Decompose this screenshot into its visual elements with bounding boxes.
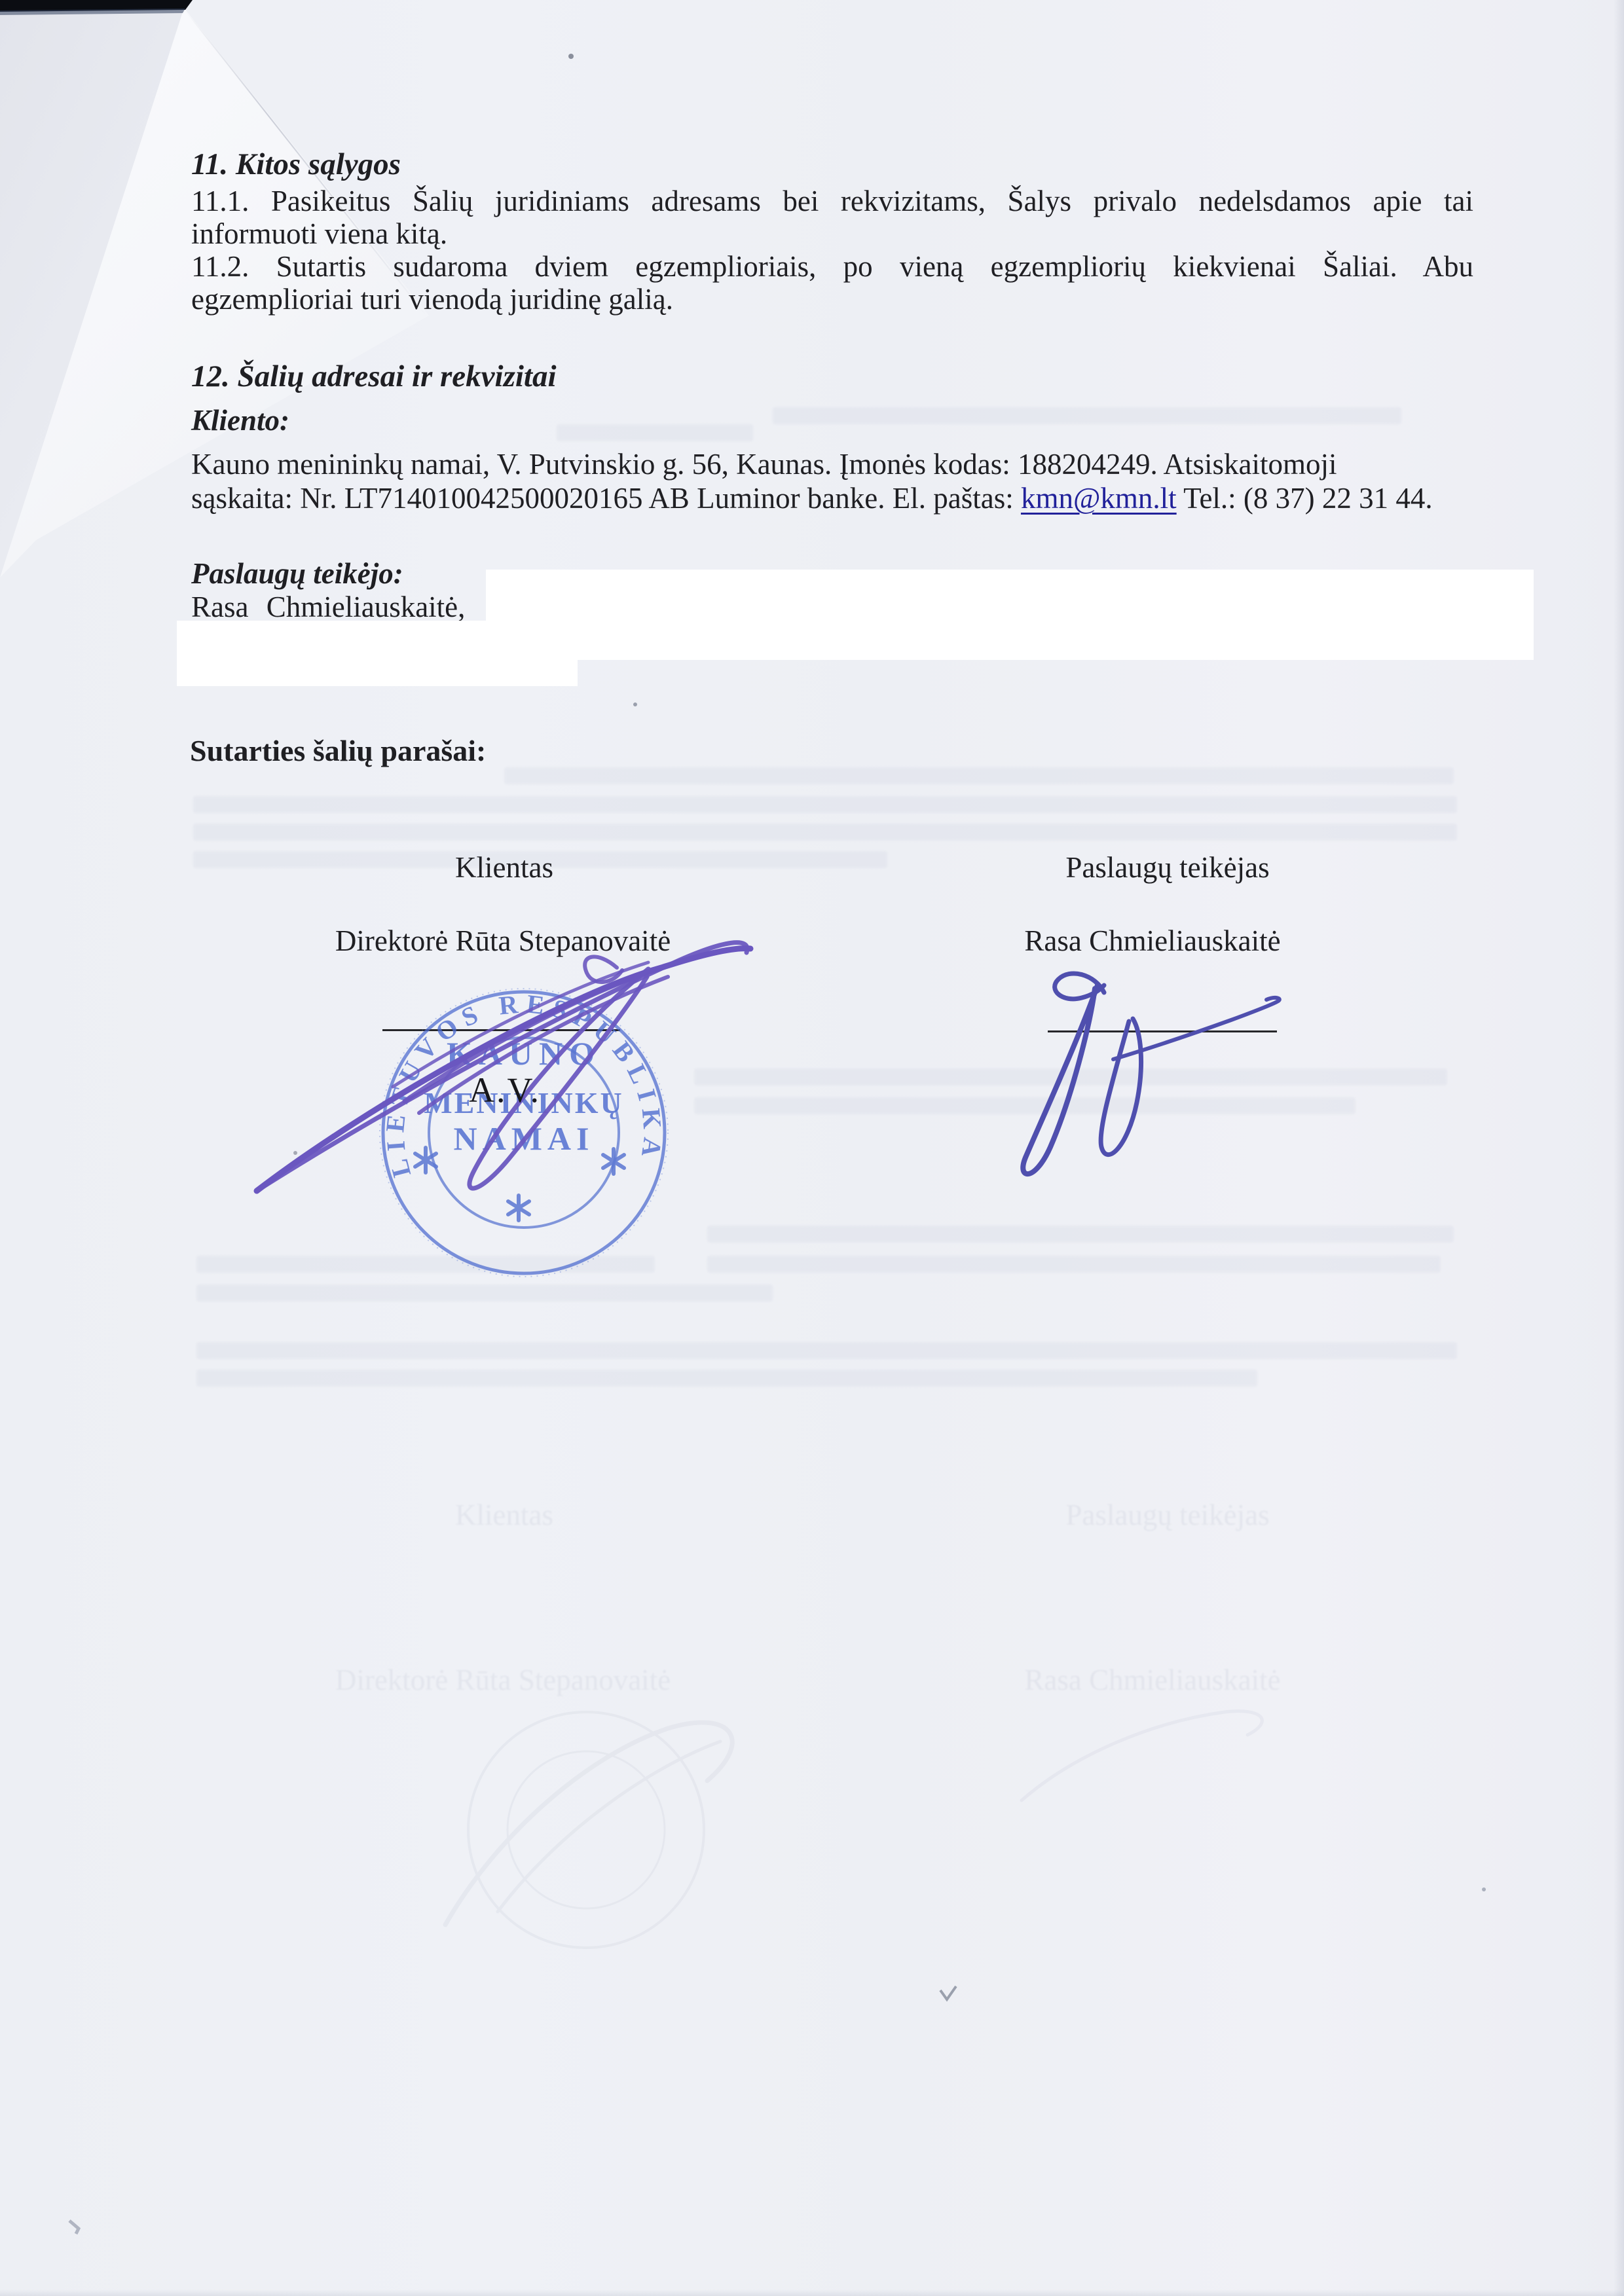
ink-overlay: LIETUVOS RESPUBLIKA KAUNO MENININKŲ NAMA… <box>0 0 1624 2296</box>
bleed-through-ink <box>445 1711 1262 1948</box>
stamp-star-right <box>603 1149 624 1174</box>
scan-specks <box>69 54 1486 2234</box>
round-stamp: LIETUVOS RESPUBLIKA KAUNO MENININKŲ NAMA… <box>380 989 668 1277</box>
provider-signature-ink <box>1023 974 1280 1174</box>
scanned-contract-page: Klientas Paslaugų teikėjas Direktorė Rūt… <box>0 0 1624 2296</box>
stamp-star-bottom <box>508 1195 529 1220</box>
av-seal-mark: A.V. <box>469 1070 541 1110</box>
